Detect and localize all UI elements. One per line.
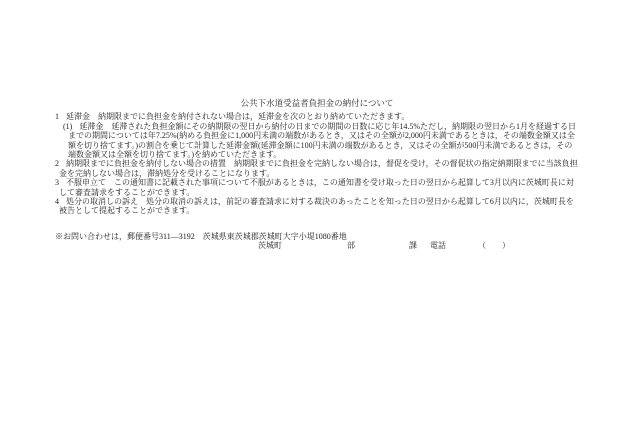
contact-address-line: ※お問い合わせは，郵便番号311—3192 茨城県東茨城郡茨城町大字小堤1080… xyxy=(55,232,579,241)
section-2-nonpayment-measures: 2納期限までに負担金を納付しない場合の措置 納期限までに負担金を完納しない場合は… xyxy=(55,159,579,178)
contact-office-line: 茨城町 部 課 電話 （ ） xyxy=(55,241,579,250)
contact-office-name: 茨城町 xyxy=(258,241,282,250)
section-text: 処分の取消しの訴え 処分の取消の訴えは，前記の審査請求に対する裁決のあったことを… xyxy=(59,197,574,215)
contact-dept-label: 部 xyxy=(347,241,355,250)
section-number: 3 xyxy=(55,178,59,187)
section-text: 延滞金 延滞された負担金額にその納期限の翌日から納付の日までの期間の日数に応じ年… xyxy=(68,122,576,159)
contact-phone-label: 電話 xyxy=(430,241,446,250)
document-page: 公共下水道受益者負担金の納付について 1延滞金 納期限までに負担金を納付されない… xyxy=(55,99,579,251)
section-1-late-fee: 1延滞金 納期限までに負担金を納付されない場合は，延滞金を次のとおり納めていただ… xyxy=(55,112,579,121)
section-text: 延滞金 納期限までに負担金を納付されない場合は，延滞金を次のとおり納めていただき… xyxy=(66,112,409,121)
contact-section-label: 課 xyxy=(409,241,417,250)
section-number: 1 xyxy=(55,112,59,121)
section-4-revocation-suit: 4処分の取消しの訴え 処分の取消の訴えは，前記の審査請求に対する裁決のあったこと… xyxy=(55,197,579,216)
section-3-appeal: 3不服申立て この通知書に記載された事項について不服があるときは，この通知書を受… xyxy=(55,178,579,197)
section-1-1-late-fee-detail: (1)延滞金 延滞された負担金額にその納期限の翌日から納付の日までの期間の日数に… xyxy=(63,122,579,160)
page-title: 公共下水道受益者負担金の納付について xyxy=(55,99,579,108)
section-number: 2 xyxy=(55,159,59,168)
section-number: 4 xyxy=(55,197,59,206)
section-number: (1) xyxy=(63,122,72,131)
section-text: 納期限までに負担金を納付しない場合の措置 納期限までに負担金を完納しない場合は，… xyxy=(59,159,578,177)
contact-phone-blank: （ ） xyxy=(478,241,510,250)
section-text: 不服申立て この通知書に記載された事項について不服があるときは，この通知書を受け… xyxy=(59,178,574,196)
